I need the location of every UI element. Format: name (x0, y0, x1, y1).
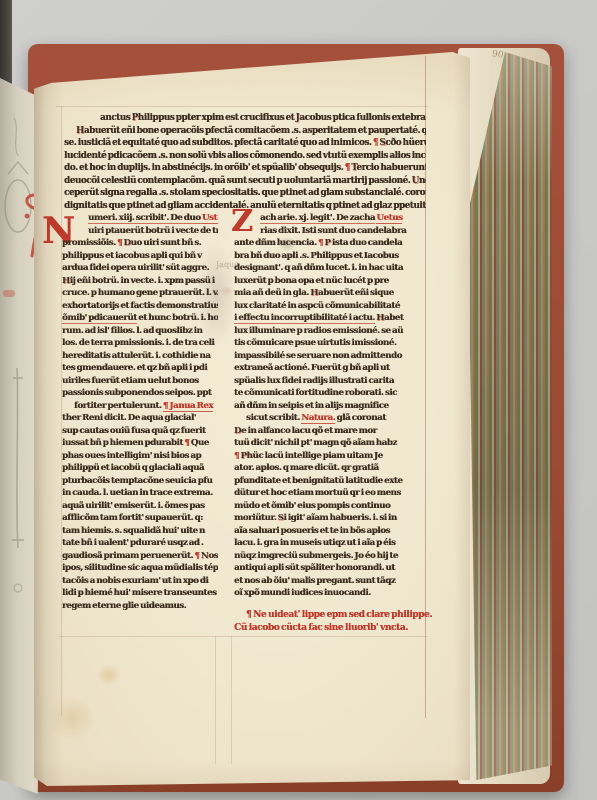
left-column: umeri. xiij. scribit'. De duo Ustusuiri … (62, 212, 218, 612)
fore-edge-pages (468, 52, 552, 780)
stain (92, 660, 126, 690)
manuscript-photo: 90 Jaqua anctus Philippus ppter xpi (0, 0, 597, 800)
ruling-line-column-b (231, 636, 232, 764)
ruling-line-bottom (58, 636, 428, 637)
ruling-line-column-a (215, 636, 216, 764)
stain (40, 688, 104, 748)
right-column: ach arie. xj. legit'. De zacha Uetusrias… (234, 212, 426, 600)
rubric-colophon: ¶ Ne uideat' lippe epm sed clare philipp… (234, 609, 434, 635)
folio-number: 90 (491, 49, 504, 60)
ruling-line-top (56, 106, 428, 107)
intro-paragraph: anctus Philippus ppter xpim est crucifix… (64, 112, 426, 212)
manuscript-page: Jaqua anctus Philippus ppter xpim est cr… (34, 52, 470, 786)
